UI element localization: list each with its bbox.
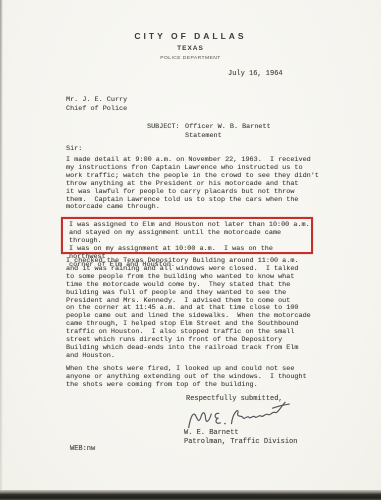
scan-edge-left xyxy=(0,0,3,490)
scan-edge-bottom xyxy=(0,490,381,500)
paragraph-3: I checked the Texas Depository Building … xyxy=(66,258,311,361)
recipient-address: Mr. J. E. Curry Chief of Police xyxy=(66,96,127,115)
subject-label: SUBJECT: xyxy=(147,123,180,132)
letter-date: July 16, 1964 xyxy=(228,71,283,79)
paragraph-1: I made detail at 9:00 a.m. on November 2… xyxy=(66,157,319,212)
letterhead-department: POLICE DEPARTMENT xyxy=(0,55,381,61)
paragraph-4: When the shots were fired, I looked up a… xyxy=(66,366,307,390)
reference-initials: WEB:nw xyxy=(70,446,95,454)
salutation: Sir: xyxy=(66,146,82,154)
letterhead-state: TEXAS xyxy=(0,45,381,52)
subject-value: Officer W. B. Barnett Statement xyxy=(185,123,271,142)
letter-document: CITY OF DALLAS TEXAS POLICE DEPARTMENT J… xyxy=(0,0,381,500)
signer-name-title: W. E. Barnett Patrolman, Traffic Divisio… xyxy=(184,429,297,448)
letterhead-city: CITY OF DALLAS xyxy=(0,31,381,41)
red-highlight-box: I was assigned to Elm and Houston not la… xyxy=(61,217,313,254)
